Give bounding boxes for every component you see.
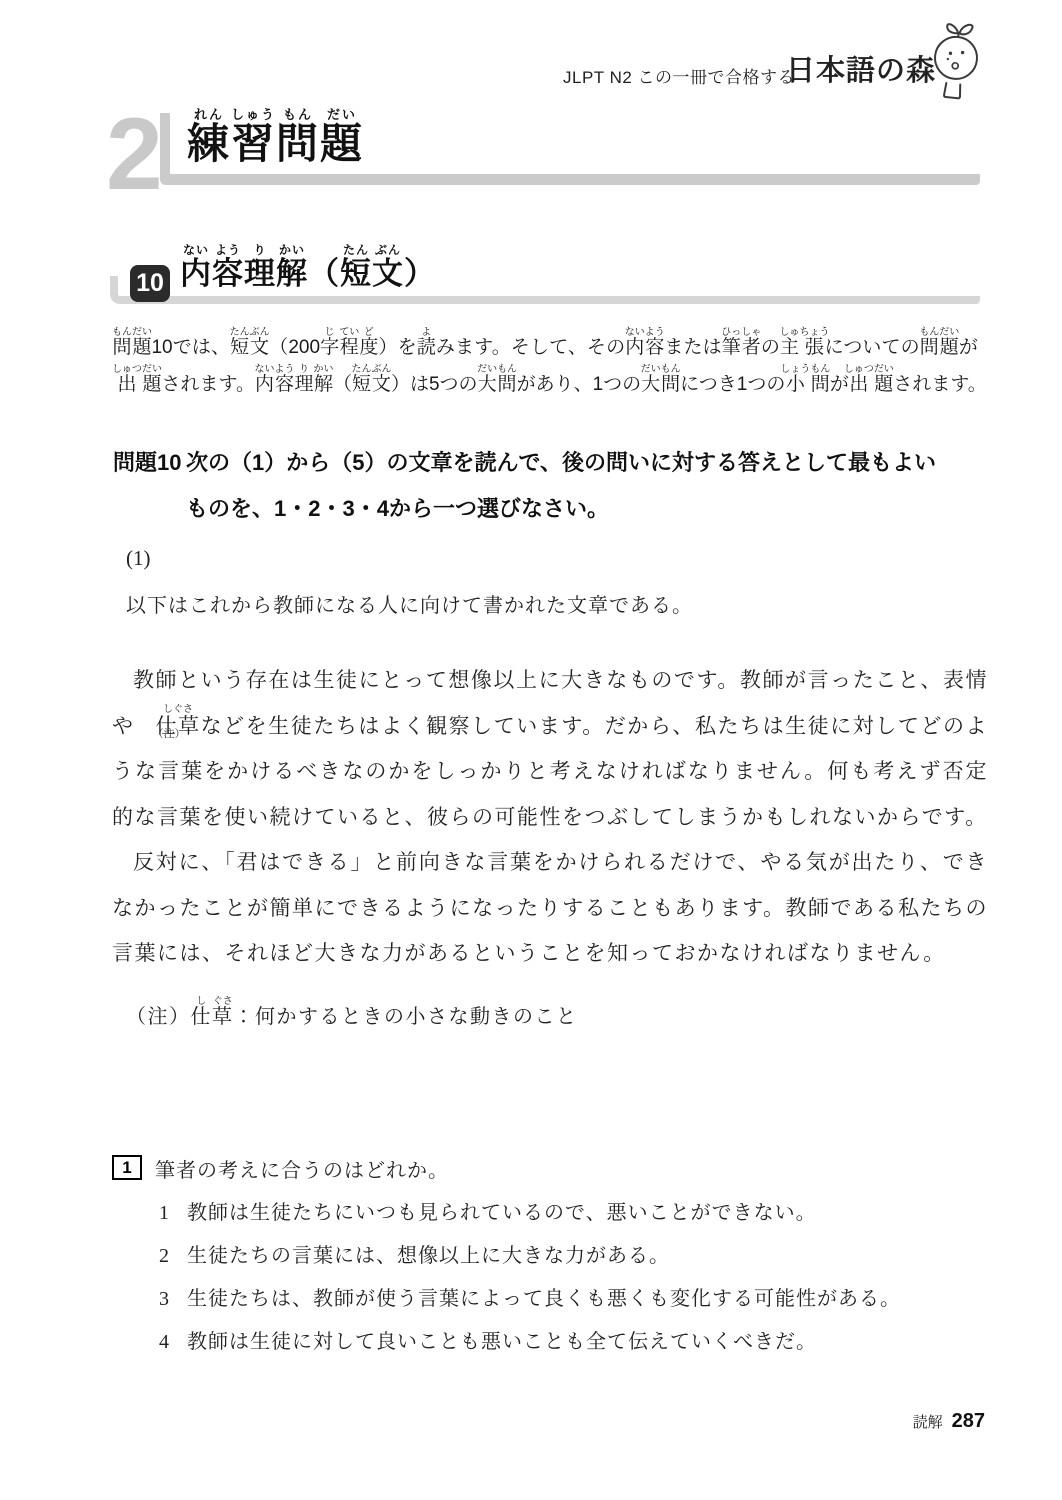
answer-option-4: 4 教師は生徒に対して良いことも悪いことも全て伝えていくべきだ。 — [159, 1321, 901, 1364]
task-instruction-line1: 次の（1）から（5）の文章を読んで、後の問いに対する答えとして最もよい — [186, 450, 936, 475]
passage-body: 教師という存在は生徒にとって想像以上に大きなものです。教師が言ったこと、表情や仕… — [112, 658, 988, 977]
option-number: 1 — [159, 1192, 170, 1235]
section-number-badge: 10 — [130, 265, 170, 302]
answer-option-3: 3 生徒たちは、教師が使う言葉によって良くも悪くも変化する可能性がある。 — [159, 1278, 901, 1321]
option-number: 4 — [159, 1321, 170, 1364]
answer-option-2: 2 生徒たちの言葉には、想像以上に大きな力がある。 — [159, 1235, 901, 1278]
passage-paragraph: 教師という存在は生徒にとって想像以上に大きなものです。教師が言ったこと、表情や仕… — [112, 658, 988, 840]
question-number-box: 1 — [112, 1155, 142, 1180]
option-number: 2 — [159, 1235, 170, 1278]
task-instruction-line2: ものを、1・2・3・4から一つ選びなさい。 — [186, 496, 609, 521]
footer-section-label: 読解 — [913, 1411, 943, 1432]
task-instruction-label: 問題10 — [113, 440, 186, 486]
task-instruction: 問題10次の（1）から（5）の文章を読んで、後の問いに対する答えとして最もよい … — [113, 440, 985, 532]
brand-logo-text: 日本語の森 — [786, 48, 936, 89]
mascot-icon — [923, 18, 991, 107]
question-text: 筆者の考えに合うのはどれか。 — [155, 1154, 449, 1183]
passage-note: （注）仕し草ぐさ：何かするときの小さな動きのこと — [126, 996, 578, 1038]
option-text: 教師は生徒に対して良いことも悪いことも全て伝えていくべきだ。 — [187, 1321, 817, 1364]
passage-number: (1) — [126, 546, 151, 571]
option-text: 生徒たちの言葉には、想像以上に大きな力がある。 — [187, 1235, 670, 1278]
option-text: 生徒たちは、教師が使う言葉によって良くも悪くも変化する可能性がある。 — [187, 1278, 901, 1321]
section-description: 問もん題だい10では、短たん文ぶん（200字じ程てい度ど）を読よみます。そして、… — [112, 327, 988, 403]
passage-paragraph: 反対に、「君はできる」と前向きな言葉をかけられるだけで、やる気が出たり、できなか… — [112, 840, 988, 977]
option-text: 教師は生徒たちにいつも見られているので、悪いことができない。 — [187, 1192, 817, 1235]
answer-option-1: 1 教師は生徒たちにいつも見られているので、悪いことができない。 — [159, 1192, 901, 1235]
footer-page-number: 287 — [952, 1410, 985, 1433]
section-title: 内ない容よう理り解かい（短たん文ぶん） — [180, 243, 436, 292]
passage-intro: 以下はこれから教師になる人に向けて書かれた文章である。 — [126, 589, 693, 618]
chapter-title: 練れん習しゅう問もん題だい — [187, 107, 364, 168]
header-tagline: JLPT N2 この一冊で合格する — [563, 63, 795, 88]
page-footer: 読解 287 — [913, 1410, 985, 1433]
chapter-number: 2 — [106, 108, 163, 200]
textbook-page: JLPT N2 この一冊で合格する 日本語の森 2 練れん習しゅう問もん題だい — [0, 0, 1062, 1500]
answer-options: 1 教師は生徒たちにいつも見られているので、悪いことができない。 2 生徒たちの… — [159, 1192, 901, 1364]
option-number: 3 — [159, 1278, 170, 1321]
